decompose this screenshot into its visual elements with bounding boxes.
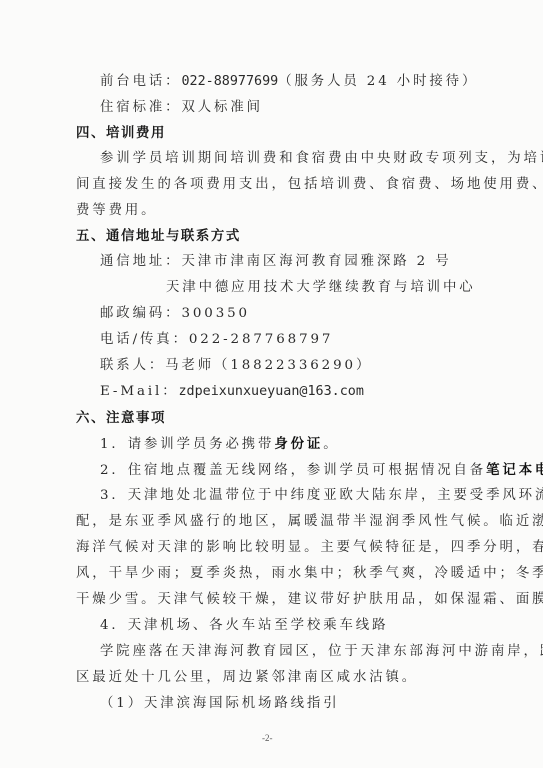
notice-item-3-line: 配，是东亚季风盛行的地区，属暖温带半湿润季风性气候。临近渤海湾， bbox=[76, 513, 468, 531]
notice-item-4: 4．天津机场、各火车站至学校乘车线路 bbox=[100, 617, 492, 635]
phone-fax: 电话/传真：022-287768797 bbox=[100, 331, 492, 349]
page-number: -2- bbox=[262, 733, 273, 743]
section6-heading: 六、注意事项 bbox=[76, 409, 468, 427]
front-desk-phone-line: 前台电话：022-88977699（服务人员 24 小时接待） bbox=[100, 73, 492, 91]
address-line2: 天津中德应用技术大学继续教育与培训中心 bbox=[166, 279, 543, 297]
lodging-standard: 住宿标准：双人标准间 bbox=[100, 99, 492, 117]
notice-item-1: 1．请参训学员务必携带身份证。 bbox=[100, 435, 492, 454]
item1-text: 1．请参训学员务必携带 bbox=[100, 437, 274, 452]
section5-heading: 五、通信地址与联系方式 bbox=[76, 227, 468, 245]
section4-heading: 四、培训费用 bbox=[76, 124, 468, 142]
notice-item-3-line: 风，干旱少雨；夏季炎热，雨水集中；秋季气爽，冷暖适中；冬季寒冷， bbox=[76, 565, 468, 583]
airport-route-heading: （1）天津滨海国际机场路线指引 bbox=[100, 695, 492, 713]
email-line: E-Mail：zdpeixunxueyuan@163.com bbox=[100, 383, 492, 401]
notice-item-2: 2．住宿地点覆盖无线网络，参训学员可根据情况自备笔记本电脑。 bbox=[100, 461, 492, 480]
notice-item-3-line: 干燥少雪。天津气候较干燥，建议带好护肤用品，如保湿霜、面膜等。 bbox=[76, 591, 468, 609]
address-line1: 通信地址：天津市津南区海河教育园雅深路 2 号 bbox=[100, 253, 492, 271]
contact-person: 联系人：马老师（18822336290） bbox=[100, 357, 492, 375]
front-desk-label: 前台电话： bbox=[100, 74, 181, 89]
email-address: zdpeixunxueyuan@163.com bbox=[179, 384, 364, 399]
notice-item-3-line: 海洋气候对天津的影响比较明显。主要气候特征是，四季分明，春季多 bbox=[76, 539, 468, 557]
postcode: 邮政编码：300350 bbox=[100, 305, 492, 323]
item1-suffix: 。 bbox=[323, 437, 339, 452]
item4-desc-line: 学院座落在天津海河教育园区，位于天津东部海河中游南岸，距市 bbox=[100, 643, 492, 661]
front-desk-phone: 022-88977699 bbox=[181, 74, 278, 89]
section4-line: 费等费用。 bbox=[76, 202, 468, 220]
item4-desc-line: 区最近处十几公里，周边紧邻津南区咸水沽镇。 bbox=[76, 669, 468, 687]
section4-line: 参训学员培训期间培训费和食宿费由中央财政专项列支，为培训期 bbox=[100, 150, 492, 168]
front-desk-note: （服务人员 24 小时接待） bbox=[278, 74, 478, 89]
notice-item-3-line: 3．天津地处北温带位于中纬度亚欧大陆东岸，主要受季风环流的支 bbox=[100, 487, 492, 505]
item1-bold: 身份证 bbox=[274, 436, 323, 452]
email-label: E-Mail： bbox=[100, 384, 179, 399]
item2-bold: 笔记本电脑 bbox=[486, 462, 543, 478]
item2-text: 2．住宿地点覆盖无线网络，参训学员可根据情况自备 bbox=[100, 463, 486, 478]
document-page: 前台电话：022-88977699（服务人员 24 小时接待） 住宿标准：双人标… bbox=[0, 0, 543, 768]
section4-line: 间直接发生的各项费用支出，包括培训费、食宿费、场地使用费、资料 bbox=[76, 176, 468, 194]
